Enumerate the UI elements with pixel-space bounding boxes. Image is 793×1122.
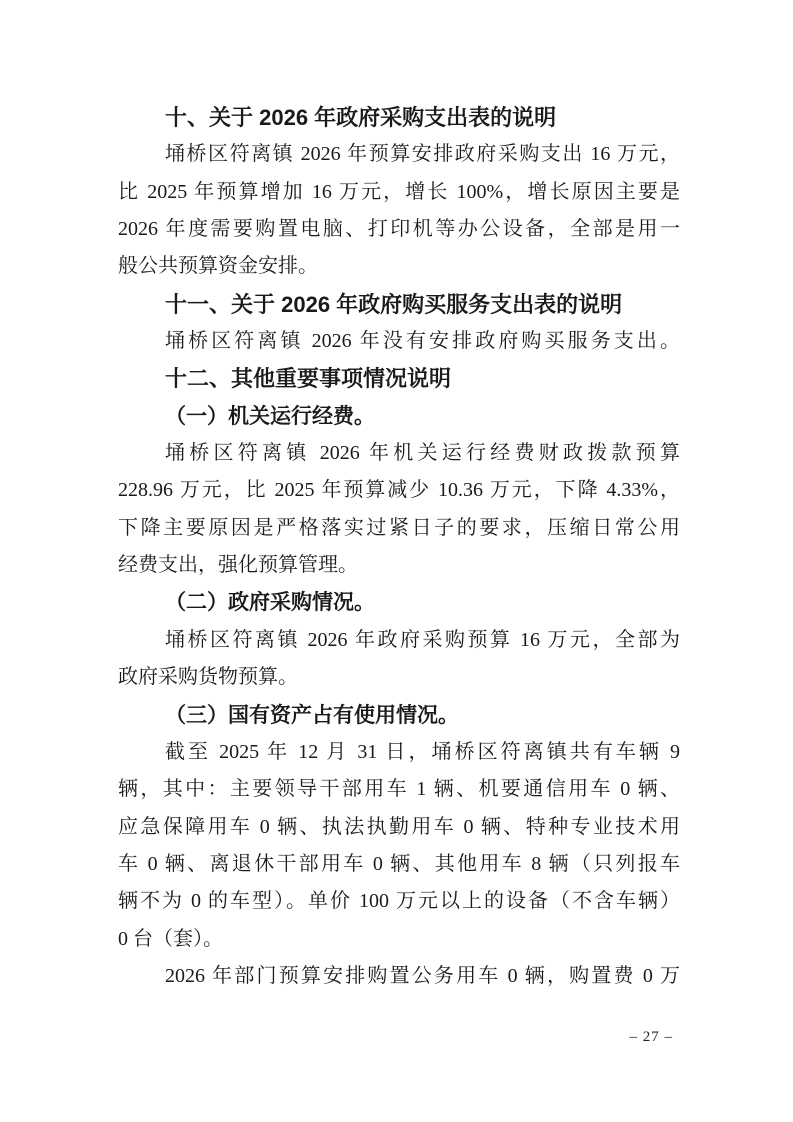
section-heading-10: 十、关于 2026 年政府采购支出表的说明 bbox=[118, 99, 680, 136]
document-page: 十、关于 2026 年政府采购支出表的说明 埇桥区符离镇 2026 年预算安排政… bbox=[0, 0, 793, 1122]
paragraph-line: 2026 年部门预算安排购置公务用车 0 辆，购置费 0 万 bbox=[118, 958, 680, 995]
section-heading-11: 十一、关于 2026 年政府购买服务支出表的说明 bbox=[118, 286, 680, 323]
subsection-heading-3: （三）国有资产占有使用情况。 bbox=[118, 697, 680, 734]
section-heading-12: 十二、其他重要事项情况说明 bbox=[118, 360, 680, 397]
paragraph-line: 经费支出，强化预算管理。 bbox=[118, 547, 680, 584]
paragraph-line: 应急保障用车 0 辆、执法执勤用车 0 辆、特种专业技术用 bbox=[118, 809, 680, 846]
paragraph-line: 埇桥区符离镇 2026 年政府采购预算 16 万元，全部为 bbox=[118, 622, 680, 659]
paragraph-line: 埇桥区符离镇 2026 年预算安排政府采购支出 16 万元， bbox=[118, 136, 680, 173]
paragraph-line: 辆不为 0 的车型）。单价 100 万元以上的设备（不含车辆） bbox=[118, 883, 680, 920]
paragraph-line: 政府采购货物预算。 bbox=[118, 659, 680, 696]
paragraph-line: 般公共预算资金安排。 bbox=[118, 248, 680, 285]
paragraph-line: 228.96 万元，比 2025 年预算减少 10.36 万元，下降 4.33%… bbox=[118, 472, 680, 509]
paragraph-line: 下降主要原因是严格落实过紧日子的要求，压缩日常公用 bbox=[118, 510, 680, 547]
paragraph-line: 埇桥区符离镇 2026 年没有安排政府购买服务支出。 bbox=[118, 323, 680, 360]
paragraph-line: 比 2025 年预算增加 16 万元，增长 100%，增长原因主要是 bbox=[118, 174, 680, 211]
paragraph-line: 截至 2025 年 12 月 31 日，埇桥区符离镇共有车辆 9 bbox=[118, 734, 680, 771]
paragraph-line: 埇桥区符离镇 2026 年机关运行经费财政拨款预算 bbox=[118, 435, 680, 472]
paragraph-line: 2026 年度需要购置电脑、打印机等办公设备，全部是用一 bbox=[118, 211, 680, 248]
paragraph-line: 0 台（套）。 bbox=[118, 921, 680, 958]
page-number: – 27 – bbox=[630, 1029, 674, 1046]
paragraph-line: 车 0 辆、离退休干部用车 0 辆、其他用车 8 辆（只列报车 bbox=[118, 846, 680, 883]
document-body: 十、关于 2026 年政府采购支出表的说明 埇桥区符离镇 2026 年预算安排政… bbox=[118, 99, 680, 995]
subsection-heading-1: （一）机关运行经费。 bbox=[118, 398, 680, 435]
paragraph-line: 辆，其中：主要领导干部用车 1 辆、机要通信用车 0 辆、 bbox=[118, 771, 680, 808]
subsection-heading-2: （二）政府采购情况。 bbox=[118, 584, 680, 621]
